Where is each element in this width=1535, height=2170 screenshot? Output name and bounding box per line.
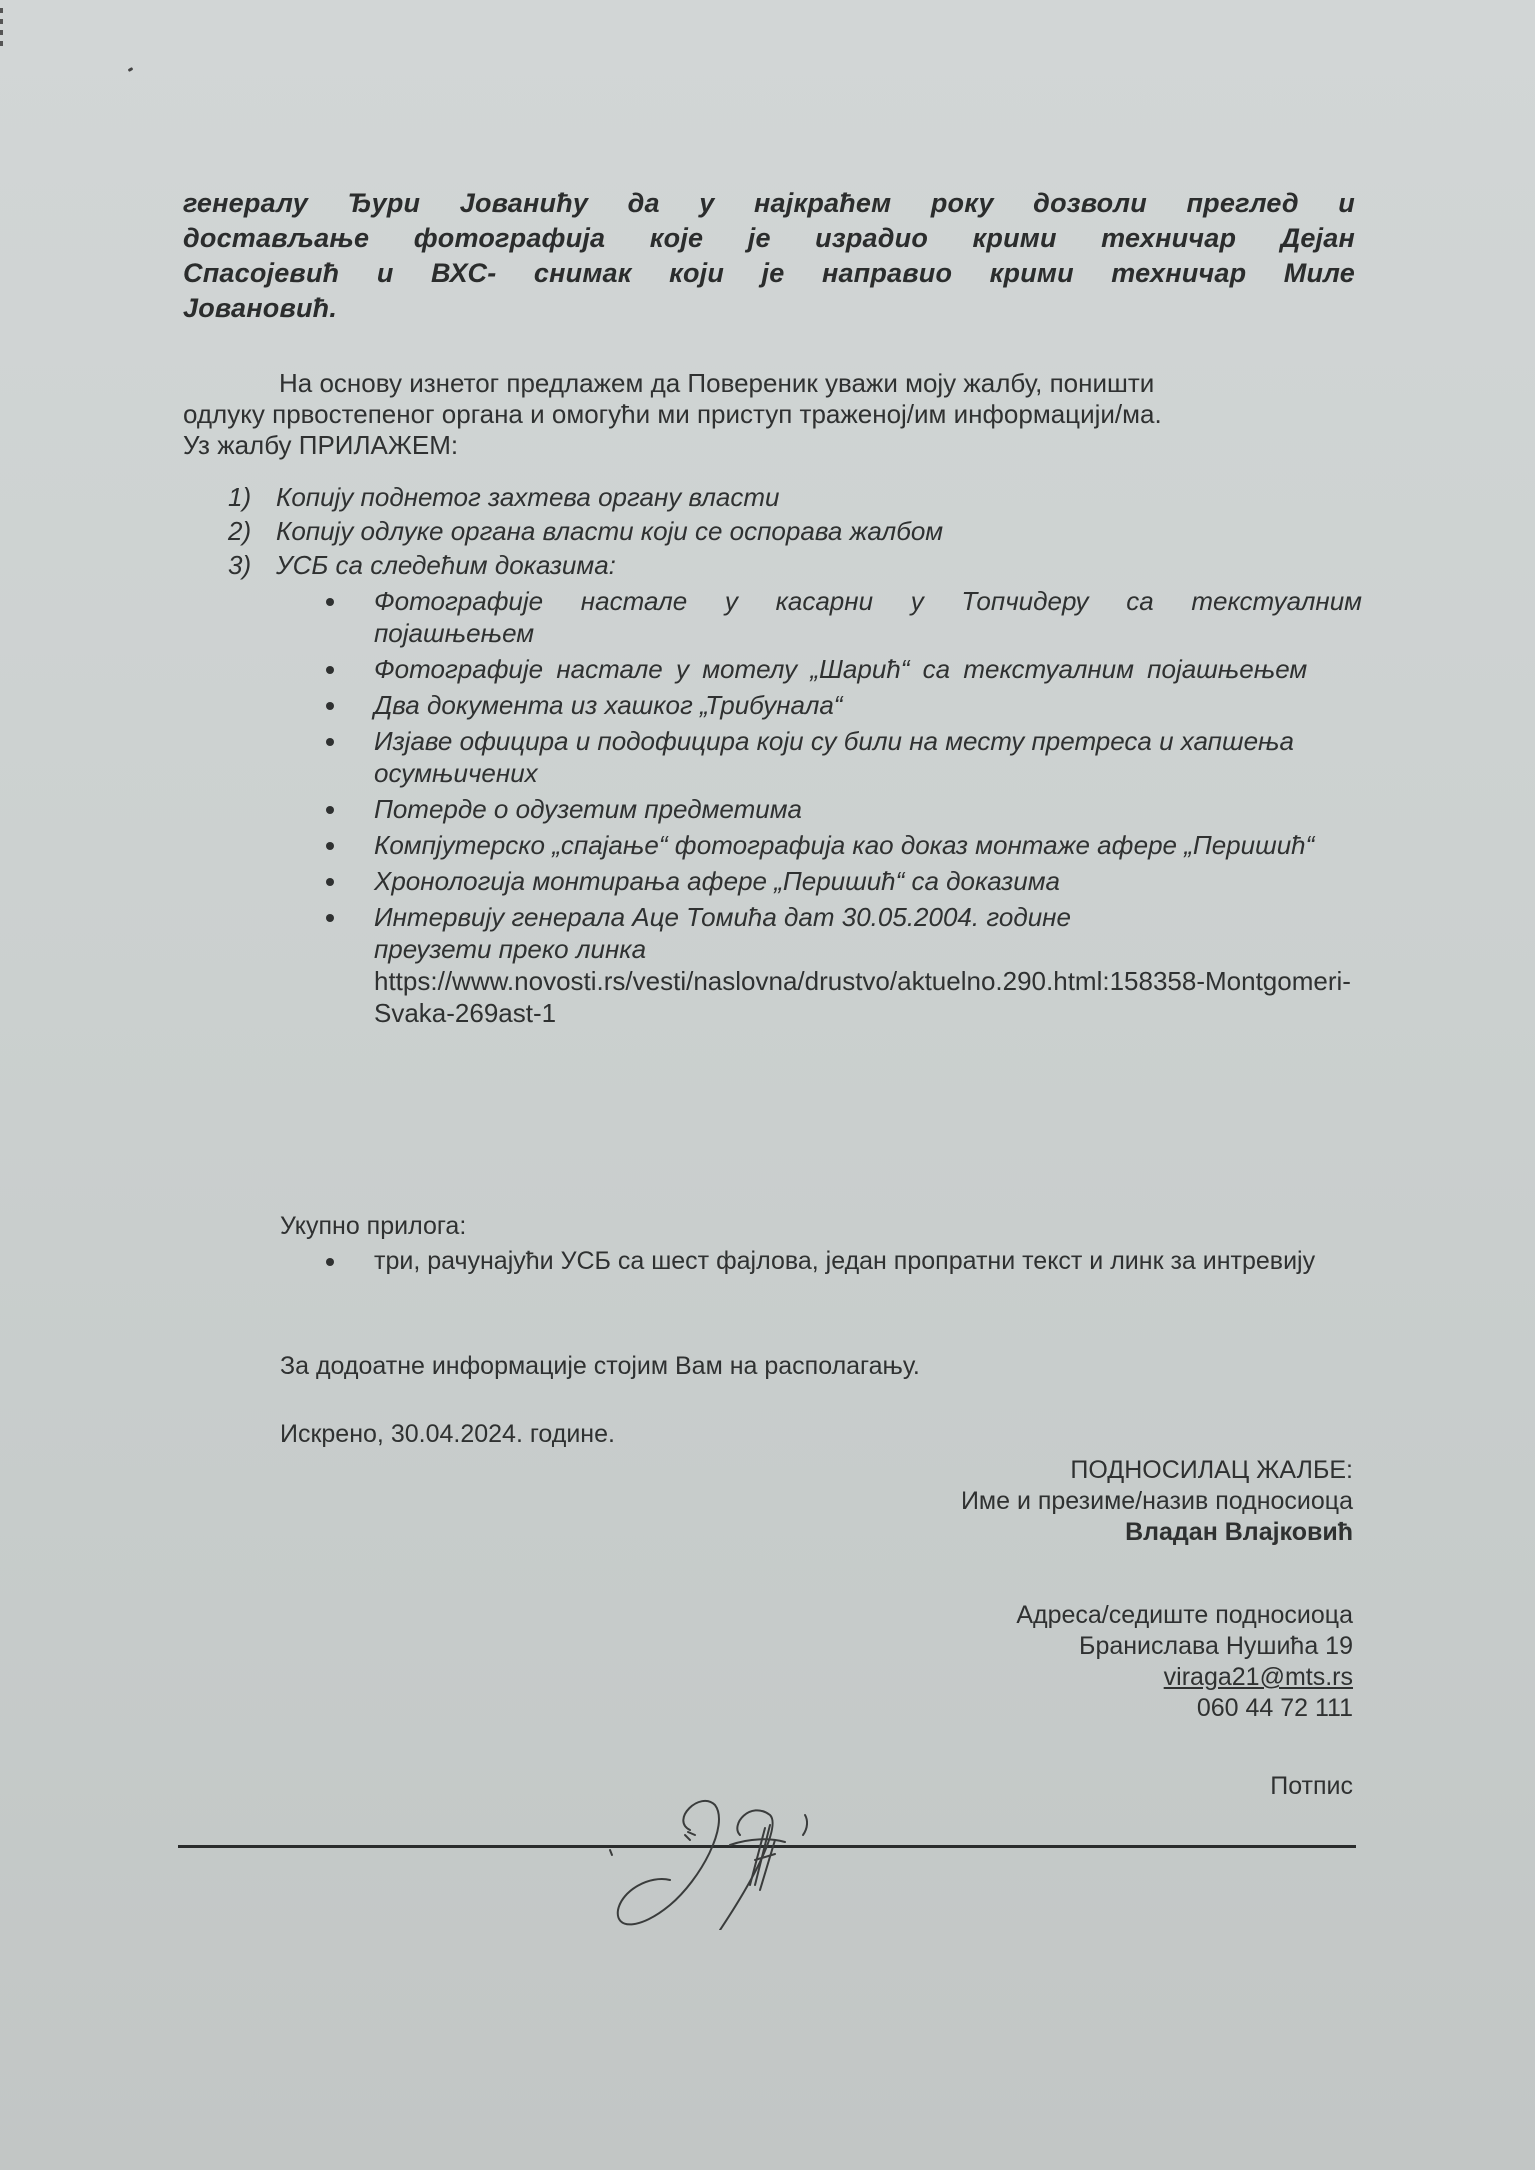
scan-edge-marks (0, 8, 6, 52)
list-item-interview: Интервију генерала Аце Томића дат 30.05.… (322, 901, 1362, 1029)
bullet-icon (322, 725, 374, 789)
interview-link[interactable]: https://www.novosti.rs/vesti/naslovna/dr… (374, 965, 1362, 1029)
list-item: Компјутерско „спајање“ фотографија као д… (322, 829, 1362, 861)
text-line: Јовановић. (183, 291, 1355, 326)
bullet-icon (322, 829, 374, 861)
text-line: достављање фотографија које је израдио к… (183, 221, 1355, 256)
email-link[interactable]: viraga21@mts.rs (1016, 1662, 1353, 1693)
text-line: одлуку првостепеног органа и омогући ми … (183, 399, 1355, 430)
bullet-icon (322, 585, 374, 649)
list-item: Потерде о одузетим предметима (322, 793, 1362, 825)
name-label: Име и презиме/назив подносиоца (961, 1486, 1353, 1517)
bullet-icon (322, 1245, 374, 1277)
bullet-icon (322, 865, 374, 897)
text-line: генералу Ђури Јованићу да у најкраћем ро… (183, 186, 1355, 221)
list-item: Фотографије настале у касарни у Топчидер… (322, 585, 1362, 649)
attachments-heading: Уз жалбу ПРИЛАЖЕМ: (183, 430, 1355, 461)
bullet-icon (322, 689, 374, 721)
address: Бранислава Нушића 19 (1016, 1631, 1353, 1662)
attachments-list: 1) Копију поднетог захтева органу власти… (228, 480, 1358, 582)
proposal-paragraph: На основу изнетог предлажем да Повереник… (183, 368, 1355, 461)
availability-note: За додоатне информације стојим Вам на ра… (280, 1352, 920, 1381)
total-attachments-label: Укупно прилога: (280, 1212, 466, 1241)
handwritten-signature-icon (590, 1780, 950, 1930)
list-item: 3) УСБ са следећим доказима: (228, 548, 1358, 582)
appellant-name: Владан Влајковић (961, 1517, 1353, 1548)
list-item: Фотографије настале у мотелу „Шарић“ са … (322, 653, 1362, 685)
text-line: На основу изнетог предлажем да Повереник… (183, 368, 1355, 399)
signature-label: Потпис (1270, 1772, 1353, 1801)
paragraph-continuation: генералу Ђури Јованићу да у најкраћем ро… (183, 186, 1355, 326)
list-item: Изјаве официра и подофицира који су били… (322, 725, 1362, 789)
bullet-icon (322, 901, 374, 1029)
list-item: 2) Копију одлуке органа власти који се о… (228, 514, 1358, 548)
list-item: три, рачунајући УСБ са шест фајлова, јед… (322, 1245, 1362, 1277)
bullet-icon (322, 793, 374, 825)
appellant-block: ПОДНОСИЛАЦ ЖАЛБЕ: Име и презиме/назив по… (961, 1455, 1353, 1548)
appellant-heading: ПОДНОСИЛАЦ ЖАЛБЕ: (961, 1455, 1353, 1486)
list-item: Хронологија монтирања афере „Перишић“ са… (322, 865, 1362, 897)
phone: 060 44 72 111 (1016, 1693, 1353, 1724)
closing-date: Искрено, 30.04.2024. године. (280, 1420, 615, 1449)
text-line: Спасојевић и ВХС- снимак који је направи… (183, 256, 1355, 291)
scan-dust-speck (128, 67, 134, 72)
list-item: 1) Копију поднетог захтева органу власти (228, 480, 1358, 514)
bullet-icon (322, 653, 374, 685)
total-attachments-list: три, рачунајући УСБ са шест фајлова, јед… (322, 1245, 1362, 1277)
address-label: Адреса/седиште подносиоца (1016, 1600, 1353, 1631)
list-item: Два документа из хашког „Трибунала“ (322, 689, 1362, 721)
usb-evidence-list: Фотографије настале у касарни у Топчидер… (322, 585, 1362, 1033)
address-block: Адреса/седиште подносиоца Бранислава Нуш… (1016, 1600, 1353, 1724)
